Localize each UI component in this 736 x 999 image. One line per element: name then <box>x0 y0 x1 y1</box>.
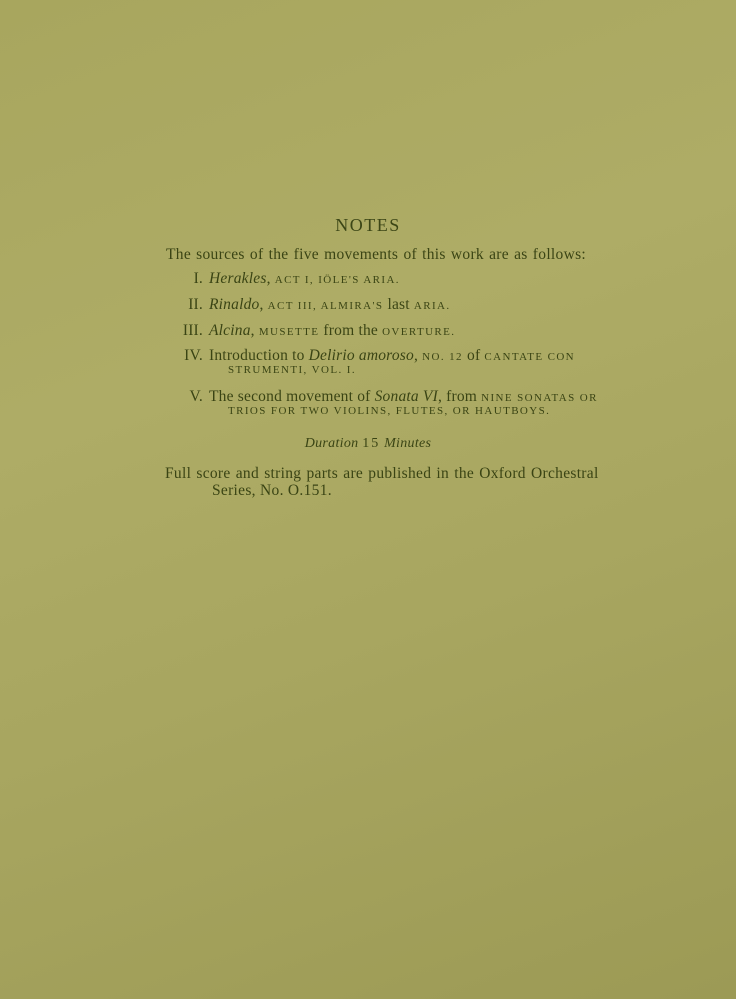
publication-note-line1: Full score and string parts are publishe… <box>165 465 599 483</box>
duration-line: Duration 15 Minutes <box>0 436 736 452</box>
notes-page: NOTES The sources of the five movements … <box>0 0 736 999</box>
item-numeral: II. <box>188 296 203 314</box>
item-text: Herakles, ACT I, IÖLE'S ARIA. <box>209 270 400 288</box>
item-numeral: III. <box>183 322 203 340</box>
publication-note-line2: Series, No. O.151. <box>212 482 332 500</box>
item-numeral: IV. <box>184 347 203 365</box>
item-text: Alcina, MUSETTE from the OVERTURE. <box>209 322 455 340</box>
item-continuation: STRUMENTI, VOL. I. <box>228 364 356 376</box>
item-numeral: I. <box>194 270 203 288</box>
notes-intro: The sources of the five movements of thi… <box>166 246 586 264</box>
work-title: Herakles <box>209 270 267 287</box>
work-title: Delirio amoroso <box>309 347 414 364</box>
item-text: Rinaldo, ACT III, ALMIRA'S last ARIA. <box>209 296 451 314</box>
work-title: Sonata VI <box>375 388 438 405</box>
duration-value: 15 <box>362 436 380 451</box>
item-numeral: V. <box>190 388 203 406</box>
item-text: Introduction to Delirio amoroso, NO. 12 … <box>209 347 575 365</box>
work-detail: ACT I, IÖLE'S ARIA. <box>275 274 400 286</box>
item-text: The second movement of Sonata VI, from N… <box>209 388 598 406</box>
notes-title: NOTES <box>0 215 736 236</box>
work-title: Rinaldo <box>209 296 259 313</box>
item-continuation: TRIOS FOR TWO VIOLINS, FLUTES, OR HAUTBO… <box>228 405 550 417</box>
work-title: Alcina <box>209 322 251 339</box>
